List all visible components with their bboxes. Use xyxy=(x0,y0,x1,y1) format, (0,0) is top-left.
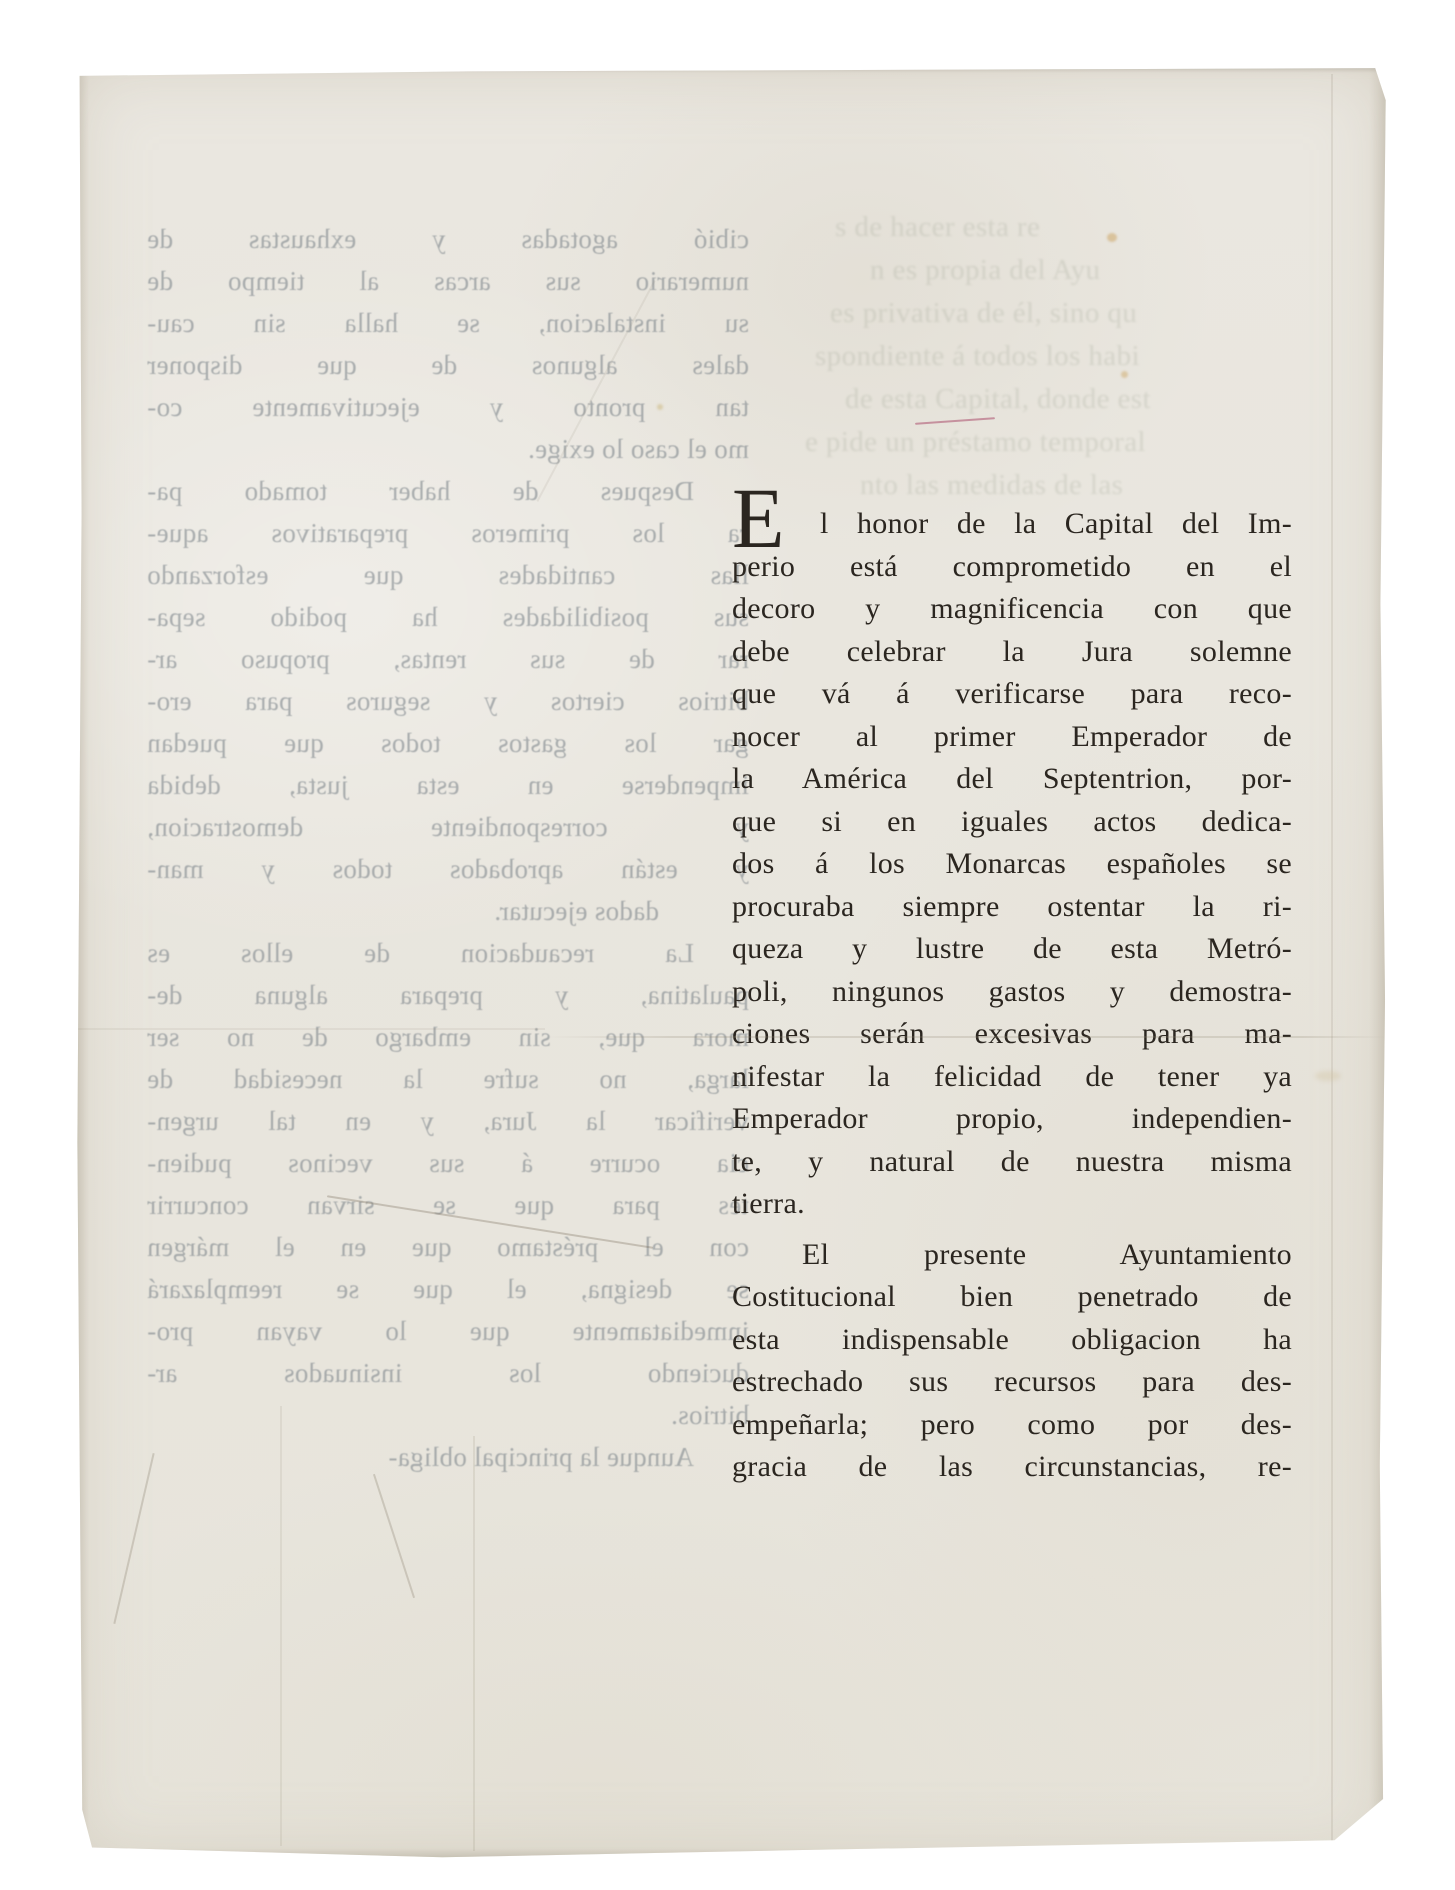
offset-ghost-line: nto las medidas de las xyxy=(775,464,1375,507)
printed-text-line: estrechado sus recursos para des- xyxy=(732,1361,1292,1404)
offset-ghost-line: es privativa de él, sino qu xyxy=(775,292,1375,335)
paper-edge xyxy=(75,66,89,1860)
printed-text-line: nifestar la felicidad de tener ya xyxy=(732,1056,1292,1099)
printed-text-line: nocer al primer Emperador de xyxy=(732,716,1292,759)
showthrough-text-line: su instalacion, se halla sin cau- xyxy=(147,302,749,344)
drop-cap-initial: E xyxy=(732,475,785,561)
paper-crack xyxy=(113,1453,154,1624)
printed-text-line: Emperador propio, independien- xyxy=(732,1098,1292,1141)
printed-text-line: dos á los Monarcas españoles se xyxy=(732,843,1292,886)
showthrough-text-line: bitrios. xyxy=(147,1394,749,1436)
offset-ghost-line: e pide un préstamo temporal xyxy=(775,421,1375,464)
showthrough-text-line: ra los primeros preparativos aque- xyxy=(147,512,749,554)
showthrough-text-line: con el préstamo que en el márgen xyxy=(147,1226,749,1268)
recto-text-column: El honor de la Capital del Im-perio está… xyxy=(732,503,1292,1489)
showthrough-text-line: gar los gastos todos que puedan xyxy=(147,722,749,764)
showthrough-text-line: mo el caso lo exige. xyxy=(147,428,749,470)
showthrough-text-line: se designa, el que se reemplazará xyxy=(147,1268,749,1310)
printed-text-line: El honor de la Capital del Im- xyxy=(732,503,1292,546)
printed-text-line: esta indispensable obligacion ha xyxy=(732,1319,1292,1362)
printed-text-line: gracia de las circunstancias, re- xyxy=(732,1446,1292,1489)
showthrough-text-line: llas cantidades que esforzando xyxy=(147,554,749,596)
showthrough-text-line: Aunque la principal obliga- xyxy=(147,1436,749,1478)
showthrough-text-line: paulatina, y prepara alguna de- xyxy=(147,974,749,1016)
showthrough-text-line: larga, no sufre la necesidad de xyxy=(147,1058,749,1100)
document-page: s de hacer esta ren es propia del Ayues … xyxy=(75,66,1387,1860)
printed-text-line: la América del Septentrion, por- xyxy=(732,758,1292,801)
printed-text-line: ciones serán excesivas para ma- xyxy=(732,1013,1292,1056)
paper-edge xyxy=(75,66,1387,73)
showthrough-text-line: bitrios ciertos y seguros para ero- xyxy=(147,680,749,722)
printed-text-line: te, y natural de nuestra misma xyxy=(732,1141,1292,1184)
printed-text-line: procuraba siempre ostentar la ri- xyxy=(732,886,1292,929)
showthrough-text-line: dales algunos de que disponer xyxy=(147,344,749,386)
printed-text-line: perio está comprometido en el xyxy=(732,546,1292,589)
offset-ghost-line: n es propia del Ayu xyxy=(775,249,1375,292)
showthrough-text-line: tan pronto y ejecutivamente co- xyxy=(147,386,749,428)
showthrough-text-line: inmediatamente que lo vayan pro- xyxy=(147,1310,749,1352)
printed-text-line: que vá á verificarse para reco- xyxy=(732,673,1292,716)
showthrough-text-line: duciendo los insinuados ar- xyxy=(147,1352,749,1394)
showthrough-text-line: rar de sus rentas, propuso ar- xyxy=(147,638,749,680)
printed-text-line: tierra. xyxy=(732,1183,1292,1226)
showthrough-text-line: y correspondiente demostracion, xyxy=(147,806,749,848)
printed-text-line: que si en iguales actos dedica- xyxy=(732,801,1292,844)
offset-ghost-line: de esta Capital, donde est xyxy=(775,378,1375,421)
showthrough-text-line: Despues de haber tomado pa- xyxy=(147,470,749,512)
showthrough-text-line: numerario sus arcas al tiempo de xyxy=(147,260,749,302)
printed-text-line: decoro y magnificencia con que xyxy=(732,588,1292,631)
showthrough-text-line: La recaudacion de ellos es xyxy=(147,932,749,974)
foxing-stain xyxy=(1315,1071,1341,1081)
showthrough-text-line: mora que, sin embargo de no ser xyxy=(147,1016,749,1058)
printed-text-line: Costitucional bien penetrado de xyxy=(732,1276,1292,1319)
showthrough-text-line: y están aprobados todos y man- xyxy=(147,848,749,890)
showthrough-text-line: tes para que se sirvan concurrir xyxy=(147,1184,749,1226)
printed-text-line: debe celebrar la Jura solemne xyxy=(732,631,1292,674)
printed-text-line: empeñarla; pero como por des- xyxy=(732,1404,1292,1447)
offset-ghost-line: s de hacer esta re xyxy=(775,206,1375,249)
showthrough-text-line: verificar la Jura, y en tal urgen- xyxy=(147,1100,749,1142)
scan-background: { "page": { "background_color": "#ffffff… xyxy=(0,0,1455,1890)
showthrough-text-line: cia ocurre á sus vecinos pudien- xyxy=(147,1142,749,1184)
offset-ghost-text: s de hacer esta ren es propia del Ayues … xyxy=(775,206,1375,507)
paper-edge xyxy=(75,1848,1387,1860)
printed-text-line: poli, ningunos gastos y demostra- xyxy=(732,971,1292,1014)
showthrough-text-line: dados ejecutar. xyxy=(147,890,749,932)
paper-crack xyxy=(373,1474,415,1598)
vertical-crease xyxy=(473,1436,475,1851)
offset-ghost-line: spondiente á todos los habi xyxy=(775,335,1375,378)
paragraph: El presente AyuntamientoCostitucional bi… xyxy=(732,1234,1292,1489)
showthrough-text-line: impenderse en esta justa, debida xyxy=(147,764,749,806)
printed-text-line: queza y lustre de esta Metró- xyxy=(732,928,1292,971)
printed-text-line: El presente Ayuntamiento xyxy=(732,1234,1292,1277)
verso-showthrough-column: cibió agotadas y exhaustas denumerario s… xyxy=(147,218,749,1478)
showthrough-text-line: cibió agotadas y exhaustas de xyxy=(147,218,749,260)
paragraph: El honor de la Capital del Im-perio está… xyxy=(732,503,1292,1226)
showthrough-text-line: sus posibilidades ha podido sepa- xyxy=(147,596,749,638)
